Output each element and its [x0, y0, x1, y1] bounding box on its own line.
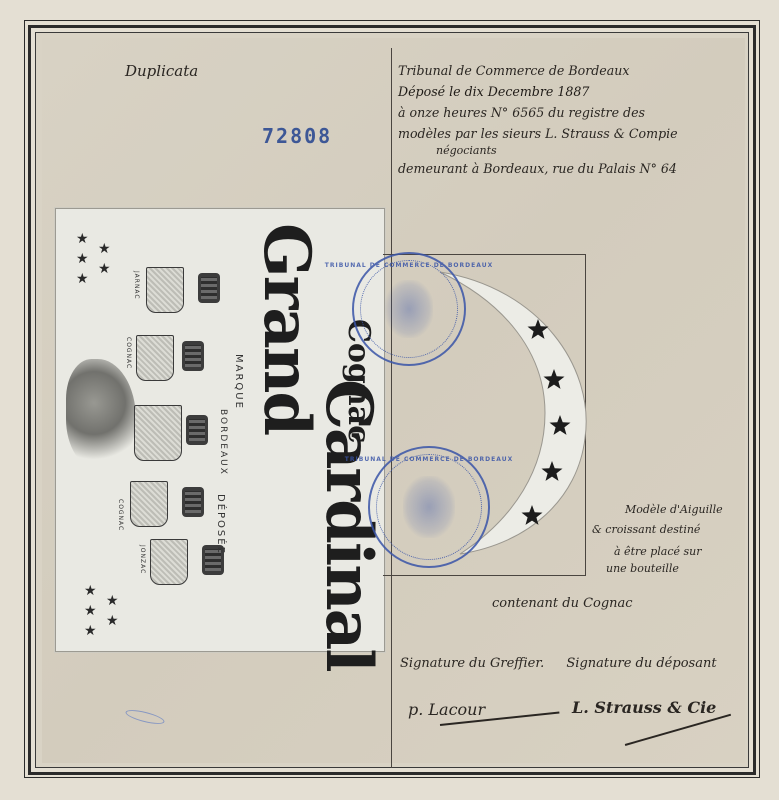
crest-label-jarnac: JARNAC — [133, 271, 140, 300]
label-deposee: DÉPOSÉE — [215, 494, 226, 555]
label-marque: MARQUE — [233, 354, 244, 410]
crest-cognac-2-icon — [130, 481, 168, 527]
star-group-top-icon: ★★ — [98, 239, 111, 279]
court-seal-bottom: TRIBUNAL DE COMMERCE DE BORDEAUX — [368, 446, 490, 568]
clerk-signature-label: Signature du Greffier. — [400, 656, 544, 671]
registration-number-stamp: 72808 — [262, 124, 332, 148]
star-group-bottom-icon: ★★★ — [84, 581, 97, 641]
note-line-5: contenant du Cognac — [492, 594, 633, 614]
crown-icon — [182, 487, 204, 517]
crest-label-jonzac: JONZAC — [139, 545, 146, 574]
deposit-date-line: Déposé le dix Decembre 1887 — [398, 81, 758, 102]
crest-label-cognac-2: COGNAC — [117, 499, 124, 531]
crest-jonzac-icon — [150, 539, 188, 585]
signature-labels: Signature du Greffier. Signature du dépo… — [400, 656, 735, 671]
seal-figure-icon — [403, 476, 455, 537]
note-line-4: une bouteille — [606, 559, 679, 579]
seal-figure-icon — [385, 280, 433, 337]
depositor-signature: L. Strauss & Cie — [572, 698, 716, 717]
court-seal-top: TRIBUNAL DE COMMERCE DE BORDEAUX — [352, 252, 466, 366]
crest-bordeaux-icon — [134, 405, 182, 461]
profession-line: négociants — [398, 144, 758, 158]
crown-icon — [186, 415, 208, 445]
depositor-signature-label: Signature du déposant — [566, 656, 716, 671]
crest-jarnac-icon — [146, 267, 184, 313]
seal-text: TRIBUNAL DE COMMERCE DE BORDEAUX — [345, 456, 513, 463]
label-bordeaux: BORDEAUX — [218, 409, 228, 476]
cornucopia-icon — [66, 359, 136, 469]
note-line-2: & croissant destiné — [592, 520, 700, 540]
crown-icon — [182, 341, 204, 371]
clerk-signature: p. Lacour — [408, 700, 485, 719]
crest-label-cognac: COGNAC — [125, 337, 132, 369]
star-group-bottom-icon: ★★ — [106, 591, 119, 631]
star-group-top-icon: ★★★ — [76, 229, 89, 289]
deposit-header: Tribunal de Commerce de Bordeaux Déposé … — [398, 60, 758, 179]
crest-cognac-icon — [136, 335, 174, 381]
seal-text: TRIBUNAL DE COMMERCE DE BORDEAUX — [325, 262, 493, 269]
depositor-line: modèles par les sieurs L. Strauss & Comp… — [398, 123, 758, 144]
crown-icon — [198, 273, 220, 303]
deposit-hour-line: à onze heures N° 6565 du registre des — [398, 102, 758, 123]
address-line: demeurant à Bordeaux, rue du Palais N° 6… — [398, 158, 758, 179]
court-name: Tribunal de Commerce de Bordeaux — [398, 60, 758, 81]
note-line-1: Modèle d'Aiguille — [625, 500, 723, 520]
duplicata-annotation: Duplicata — [125, 62, 198, 80]
cognac-label-specimen: ★★★ ★★ JARNAC COGNAC COGNAC JONZAC ★★★ ★… — [55, 208, 385, 652]
